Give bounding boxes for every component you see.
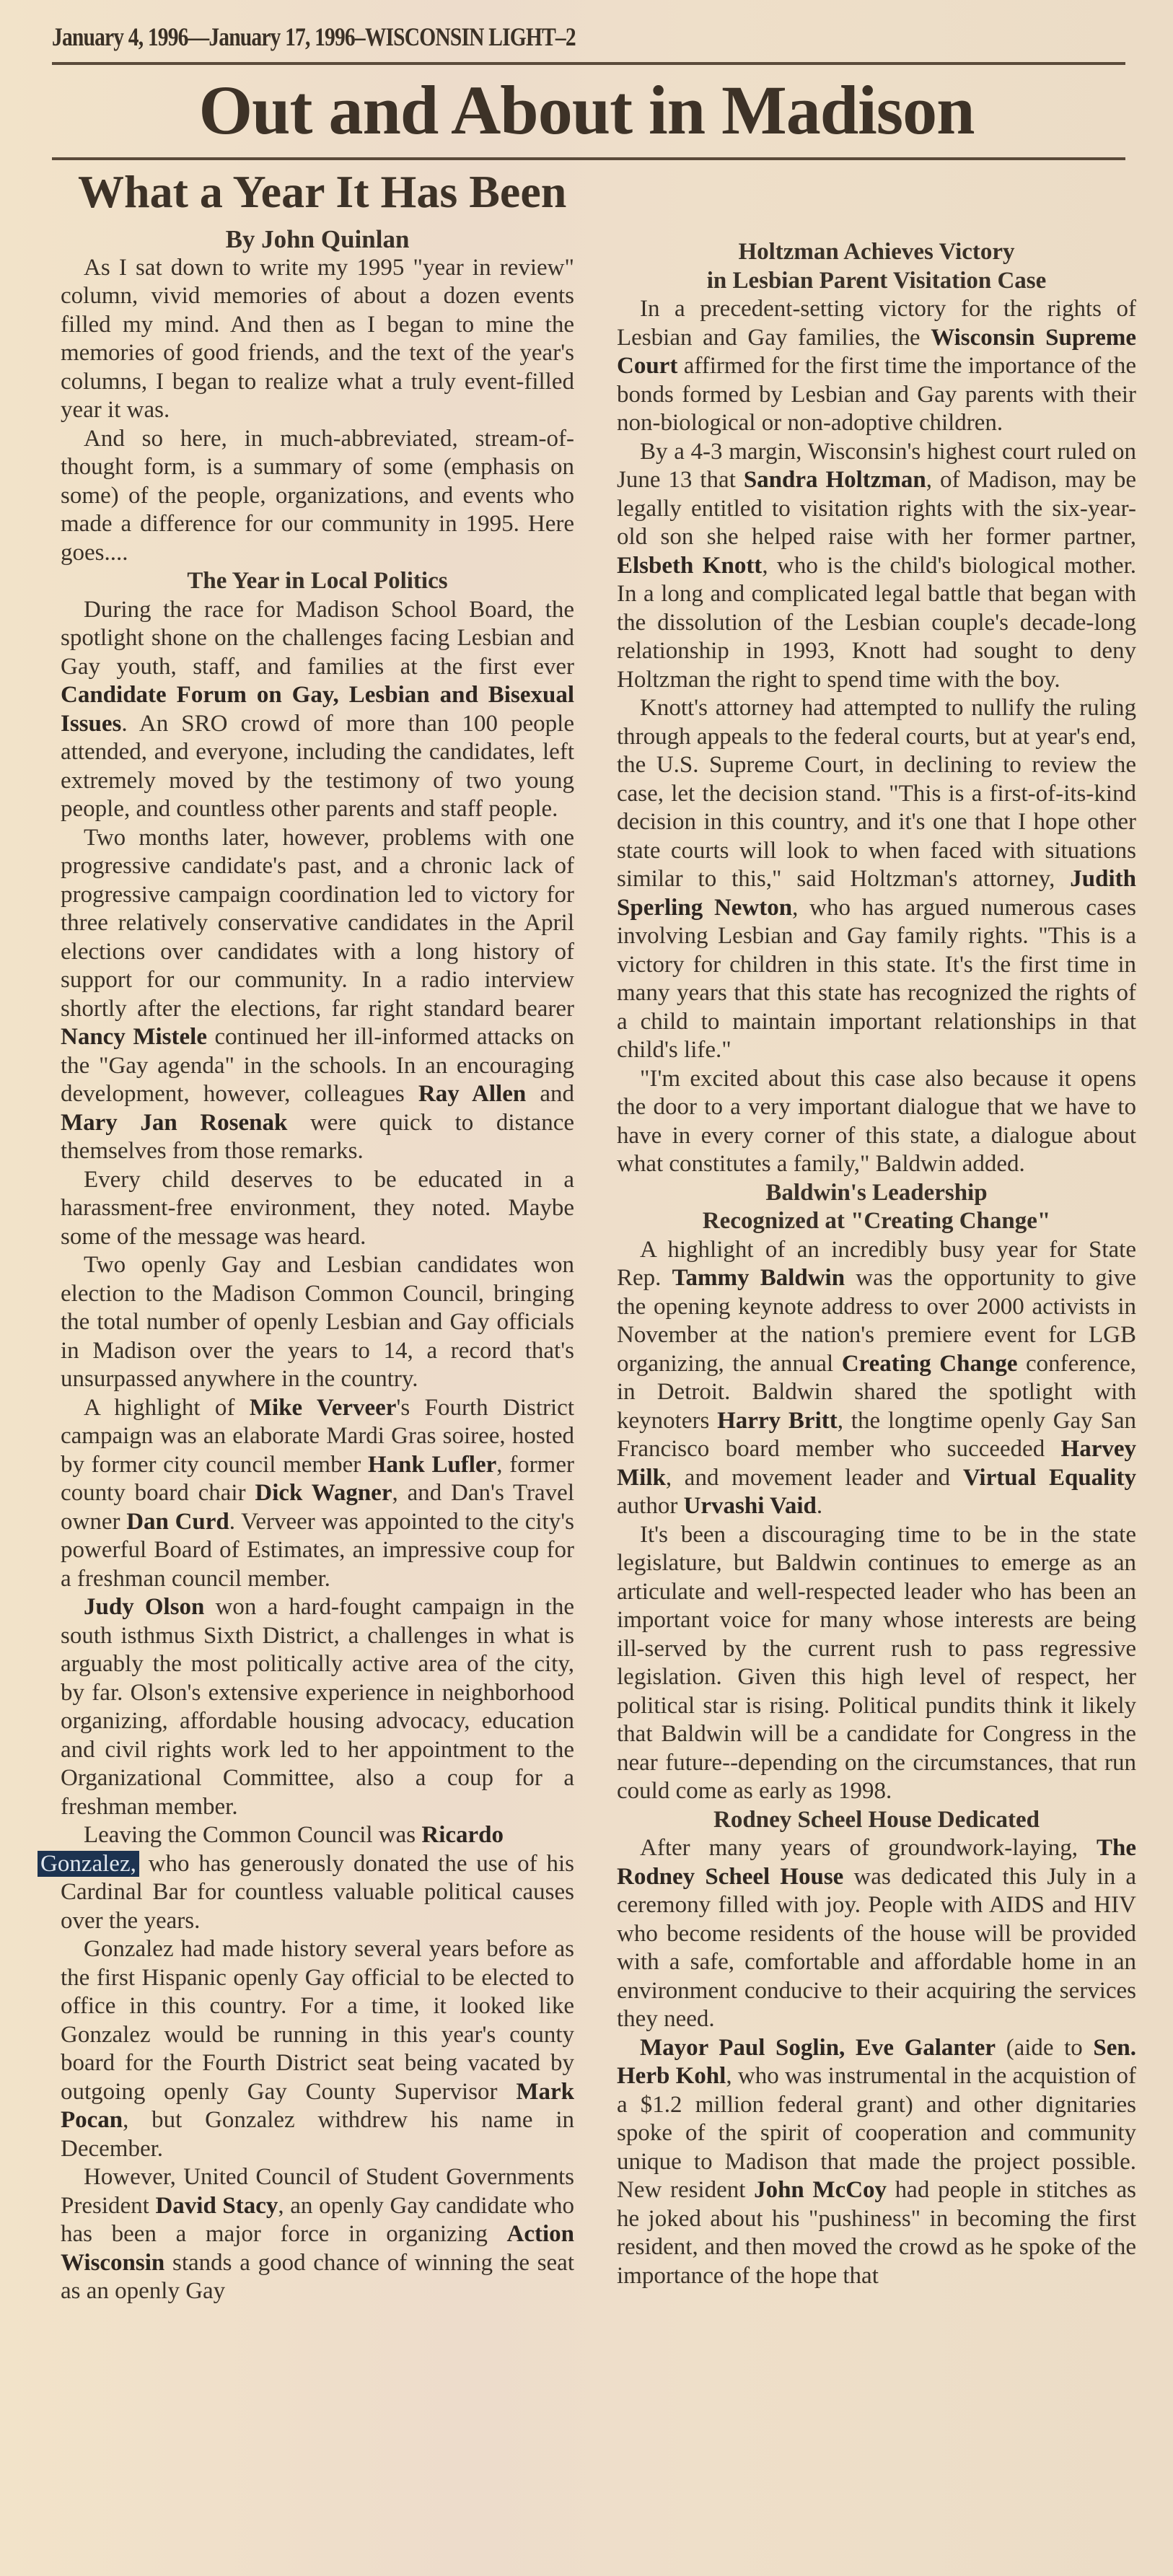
bold-name: Mayor Paul Soglin, Eve Galanter bbox=[640, 2035, 996, 2061]
paragraph: Two months later, however, problems with… bbox=[61, 824, 574, 1166]
byline: By John Quinlan bbox=[61, 225, 574, 254]
bold-name: Ricardo bbox=[421, 1822, 504, 1848]
paragraph: It's been a discouraging time to be in t… bbox=[617, 1521, 1136, 1806]
right-column: Holtzman Achieves Victoryin Lesbian Pare… bbox=[617, 238, 1136, 2290]
bold-name: Sandra Holtzman bbox=[744, 467, 926, 493]
bold-name: Tammy Baldwin bbox=[672, 1265, 845, 1291]
left-column: By John Quinlan As I sat down to write m… bbox=[61, 225, 574, 2306]
paragraph: Every child deserves to be educated in a… bbox=[61, 1166, 574, 1252]
highlighted-selection[interactable]: Gonzalez, bbox=[38, 1851, 139, 1877]
masthead-dateline: January 4, 1996—January 17, 1996–WISCONS… bbox=[52, 22, 576, 52]
paragraph: And so here, in much-abbreviated, stream… bbox=[61, 425, 574, 568]
paragraph: Knott's attorney had attempted to nullif… bbox=[617, 694, 1136, 1065]
paragraph: A highlight of an incredibly busy year f… bbox=[617, 1236, 1136, 1521]
article-headline: What a Year It Has Been bbox=[78, 163, 566, 221]
bold-name: Virtual Equality bbox=[963, 1465, 1136, 1491]
subhead-scheel-house: Rodney Scheel House Dedicated bbox=[617, 1806, 1136, 1835]
subhead-baldwin: Baldwin's LeadershipRecognized at "Creat… bbox=[617, 1179, 1136, 1236]
subhead-local-politics: The Year in Local Politics bbox=[61, 567, 574, 596]
section-title: Out and About in Madison bbox=[0, 71, 1173, 150]
paragraph: Judy Olson won a hard-fought campaign in… bbox=[61, 1593, 574, 1821]
paragraph: Leaving the Common Council was RicardoGo… bbox=[61, 1821, 574, 1935]
bold-name: Dan Curd bbox=[126, 1509, 229, 1535]
paragraph: In a precedent-setting victory for the r… bbox=[617, 295, 1136, 438]
paragraph: Gonzalez had made history several years … bbox=[61, 1935, 574, 2163]
title-rule bbox=[52, 157, 1125, 160]
paragraph: By a 4-3 margin, Wisconsin's highest cou… bbox=[617, 438, 1136, 695]
bold-name: Harry Britt bbox=[717, 1408, 838, 1434]
bold-name: Creating Change bbox=[842, 1351, 1018, 1377]
bold-name: Mike Verveer bbox=[250, 1395, 397, 1421]
bold-name: Hank Lufler bbox=[368, 1452, 496, 1478]
paragraph: A highlight of Mike Verveer's Fourth Dis… bbox=[61, 1394, 574, 1594]
bold-name: Urvashi Vaid bbox=[684, 1493, 817, 1519]
bold-name: Judy Olson bbox=[84, 1594, 204, 1620]
bold-name: John McCoy bbox=[754, 2177, 887, 2203]
paragraph: After many years of groundwork-laying, T… bbox=[617, 1834, 1136, 2034]
bold-name: Mary Jan Rosenak bbox=[61, 1110, 287, 1136]
paragraph: Two openly Gay and Lesbian candidates wo… bbox=[61, 1251, 574, 1394]
paragraph: However, United Council of Student Gover… bbox=[61, 2163, 574, 2306]
bold-name: Dick Wagner bbox=[255, 1480, 392, 1506]
bold-name: David Stacy bbox=[155, 2193, 278, 2219]
bold-name: Nancy Mistele bbox=[61, 1024, 207, 1050]
paragraph: As I sat down to write my 1995 "year in … bbox=[61, 254, 574, 425]
bold-name: Ray Allen bbox=[418, 1081, 526, 1107]
bold-name: Elsbeth Knott bbox=[617, 553, 762, 579]
paragraph: During the race for Madison School Board… bbox=[61, 596, 574, 824]
top-rule bbox=[52, 62, 1125, 65]
paragraph: "I'm excited about this case also becaus… bbox=[617, 1065, 1136, 1179]
paragraph: Mayor Paul Soglin, Eve Galanter (aide to… bbox=[617, 2034, 1136, 2291]
subhead-holtzman: Holtzman Achieves Victoryin Lesbian Pare… bbox=[617, 238, 1136, 295]
